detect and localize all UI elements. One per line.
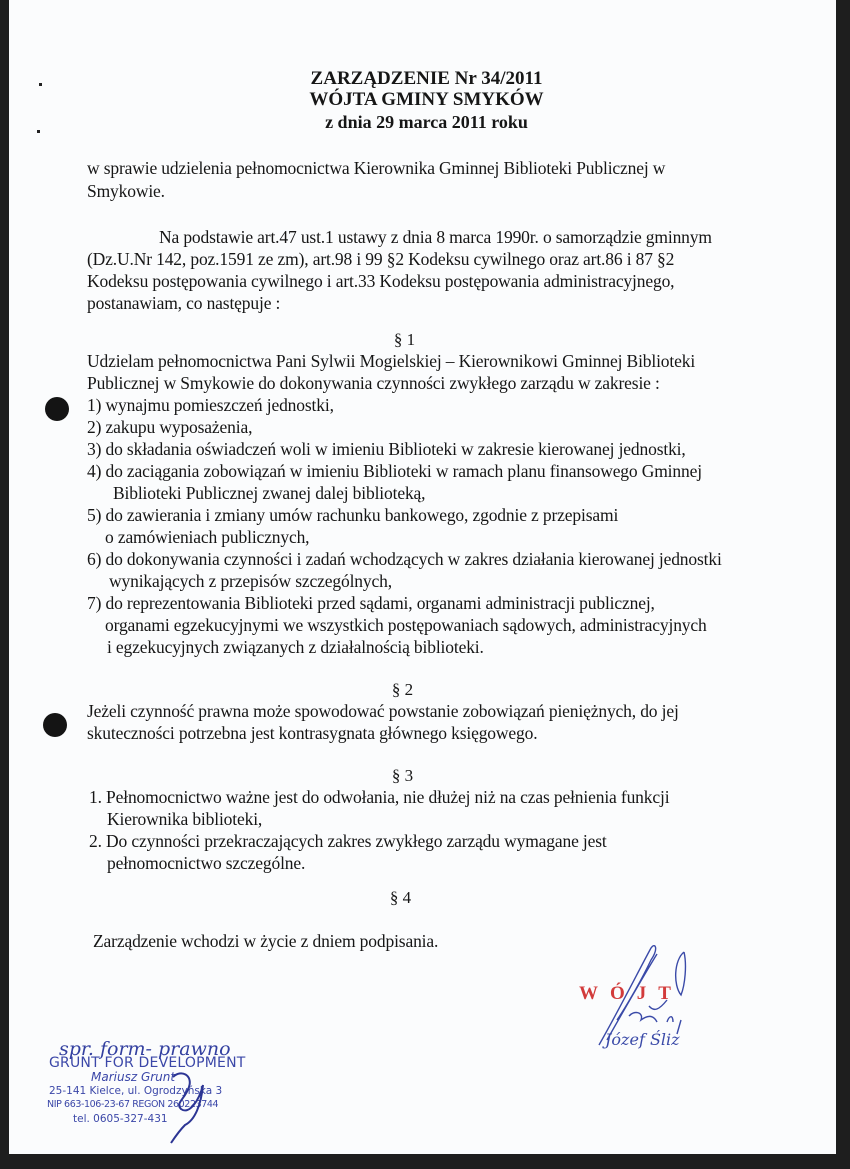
document-issuer: WÓJTA GMINY SMYKÓW [13, 89, 840, 110]
preamble-line: Kodeksu postępowania cywilnego i art.33 … [87, 270, 674, 292]
section-heading-1: § 1 [0, 330, 818, 350]
list-item: 6) do dokonywania czynności i zadań wcho… [87, 548, 722, 570]
list-item-cont: Biblioteki Publicznej zwanej dalej bibli… [113, 482, 425, 504]
list-item-cont: Kierownika biblioteki, [107, 808, 262, 830]
section1-intro: Publicznej w Smykowie do dokonywania czy… [87, 372, 660, 394]
list-item: 7) do reprezentowania Biblioteki przed s… [87, 592, 655, 614]
list-item-cont: pełnomocnictwo szczególne. [107, 852, 305, 874]
section-heading-2: § 2 [0, 680, 816, 700]
list-item: 5) do zawierania i zmiany umów rachunku … [87, 504, 618, 526]
list-item-cont: o zamówieniach publicznych, [105, 526, 309, 548]
preamble-line: Na podstawie art.47 ust.1 ustawy z dnia … [159, 226, 712, 248]
list-item-cont: i egzekucyjnych związanych z działalnośc… [107, 636, 484, 658]
preamble-line: (Dz.U.Nr 142, poz.1591 ze zm), art.98 i … [87, 248, 674, 270]
list-item-cont: wynikających z przepisów szczególnych, [109, 570, 392, 592]
list-item: 1. Pełnomocnictwo ważne jest do odwołani… [89, 786, 669, 808]
preamble-line: postanawiam, co następuje : [87, 292, 280, 314]
punch-hole-bottom [43, 713, 67, 737]
list-item: 1) wynajmu pomieszczeń jednostki, [87, 394, 334, 416]
document-title: ZARZĄDZENIE Nr 34/2011 [13, 68, 840, 89]
section1-intro: Udzielam pełnomocnictwa Pani Sylwii Mogi… [87, 350, 695, 372]
section2-text: Jeżeli czynność prawna może spowodować p… [87, 700, 679, 722]
stamp-phone: tel. 0605-327-431 [73, 1113, 168, 1125]
punch-hole-top [45, 397, 69, 421]
list-item: 4) do zaciągania zobowiązań w imieniu Bi… [87, 460, 702, 482]
list-item-cont: organami egzekucyjnymi we wszystkich pos… [105, 614, 707, 636]
section2-text: skuteczności potrzebna jest kontrasygnat… [87, 722, 537, 744]
document-date: z dnia 29 marca 2011 roku [13, 112, 840, 133]
list-item: 2) zakupu wyposażenia, [87, 416, 252, 438]
section-heading-3: § 3 [0, 766, 816, 786]
section4-text: Zarządzenie wchodzi w życie z dniem podp… [93, 930, 438, 952]
subject-line: w sprawie udzielenia pełnomocnictwa Kier… [87, 157, 665, 179]
stamp-signature [159, 1065, 219, 1145]
list-item: 2. Do czynności przekraczających zakres … [89, 830, 607, 852]
handwritten-signature [589, 940, 709, 1050]
subject-line: Smykowie. [87, 180, 165, 202]
document-page: ZARZĄDZENIE Nr 34/2011 WÓJTA GMINY SMYKÓ… [9, 0, 836, 1154]
section-heading-4: § 4 [0, 888, 814, 908]
list-item: 3) do składania oświadczeń woli w imieni… [87, 438, 686, 460]
